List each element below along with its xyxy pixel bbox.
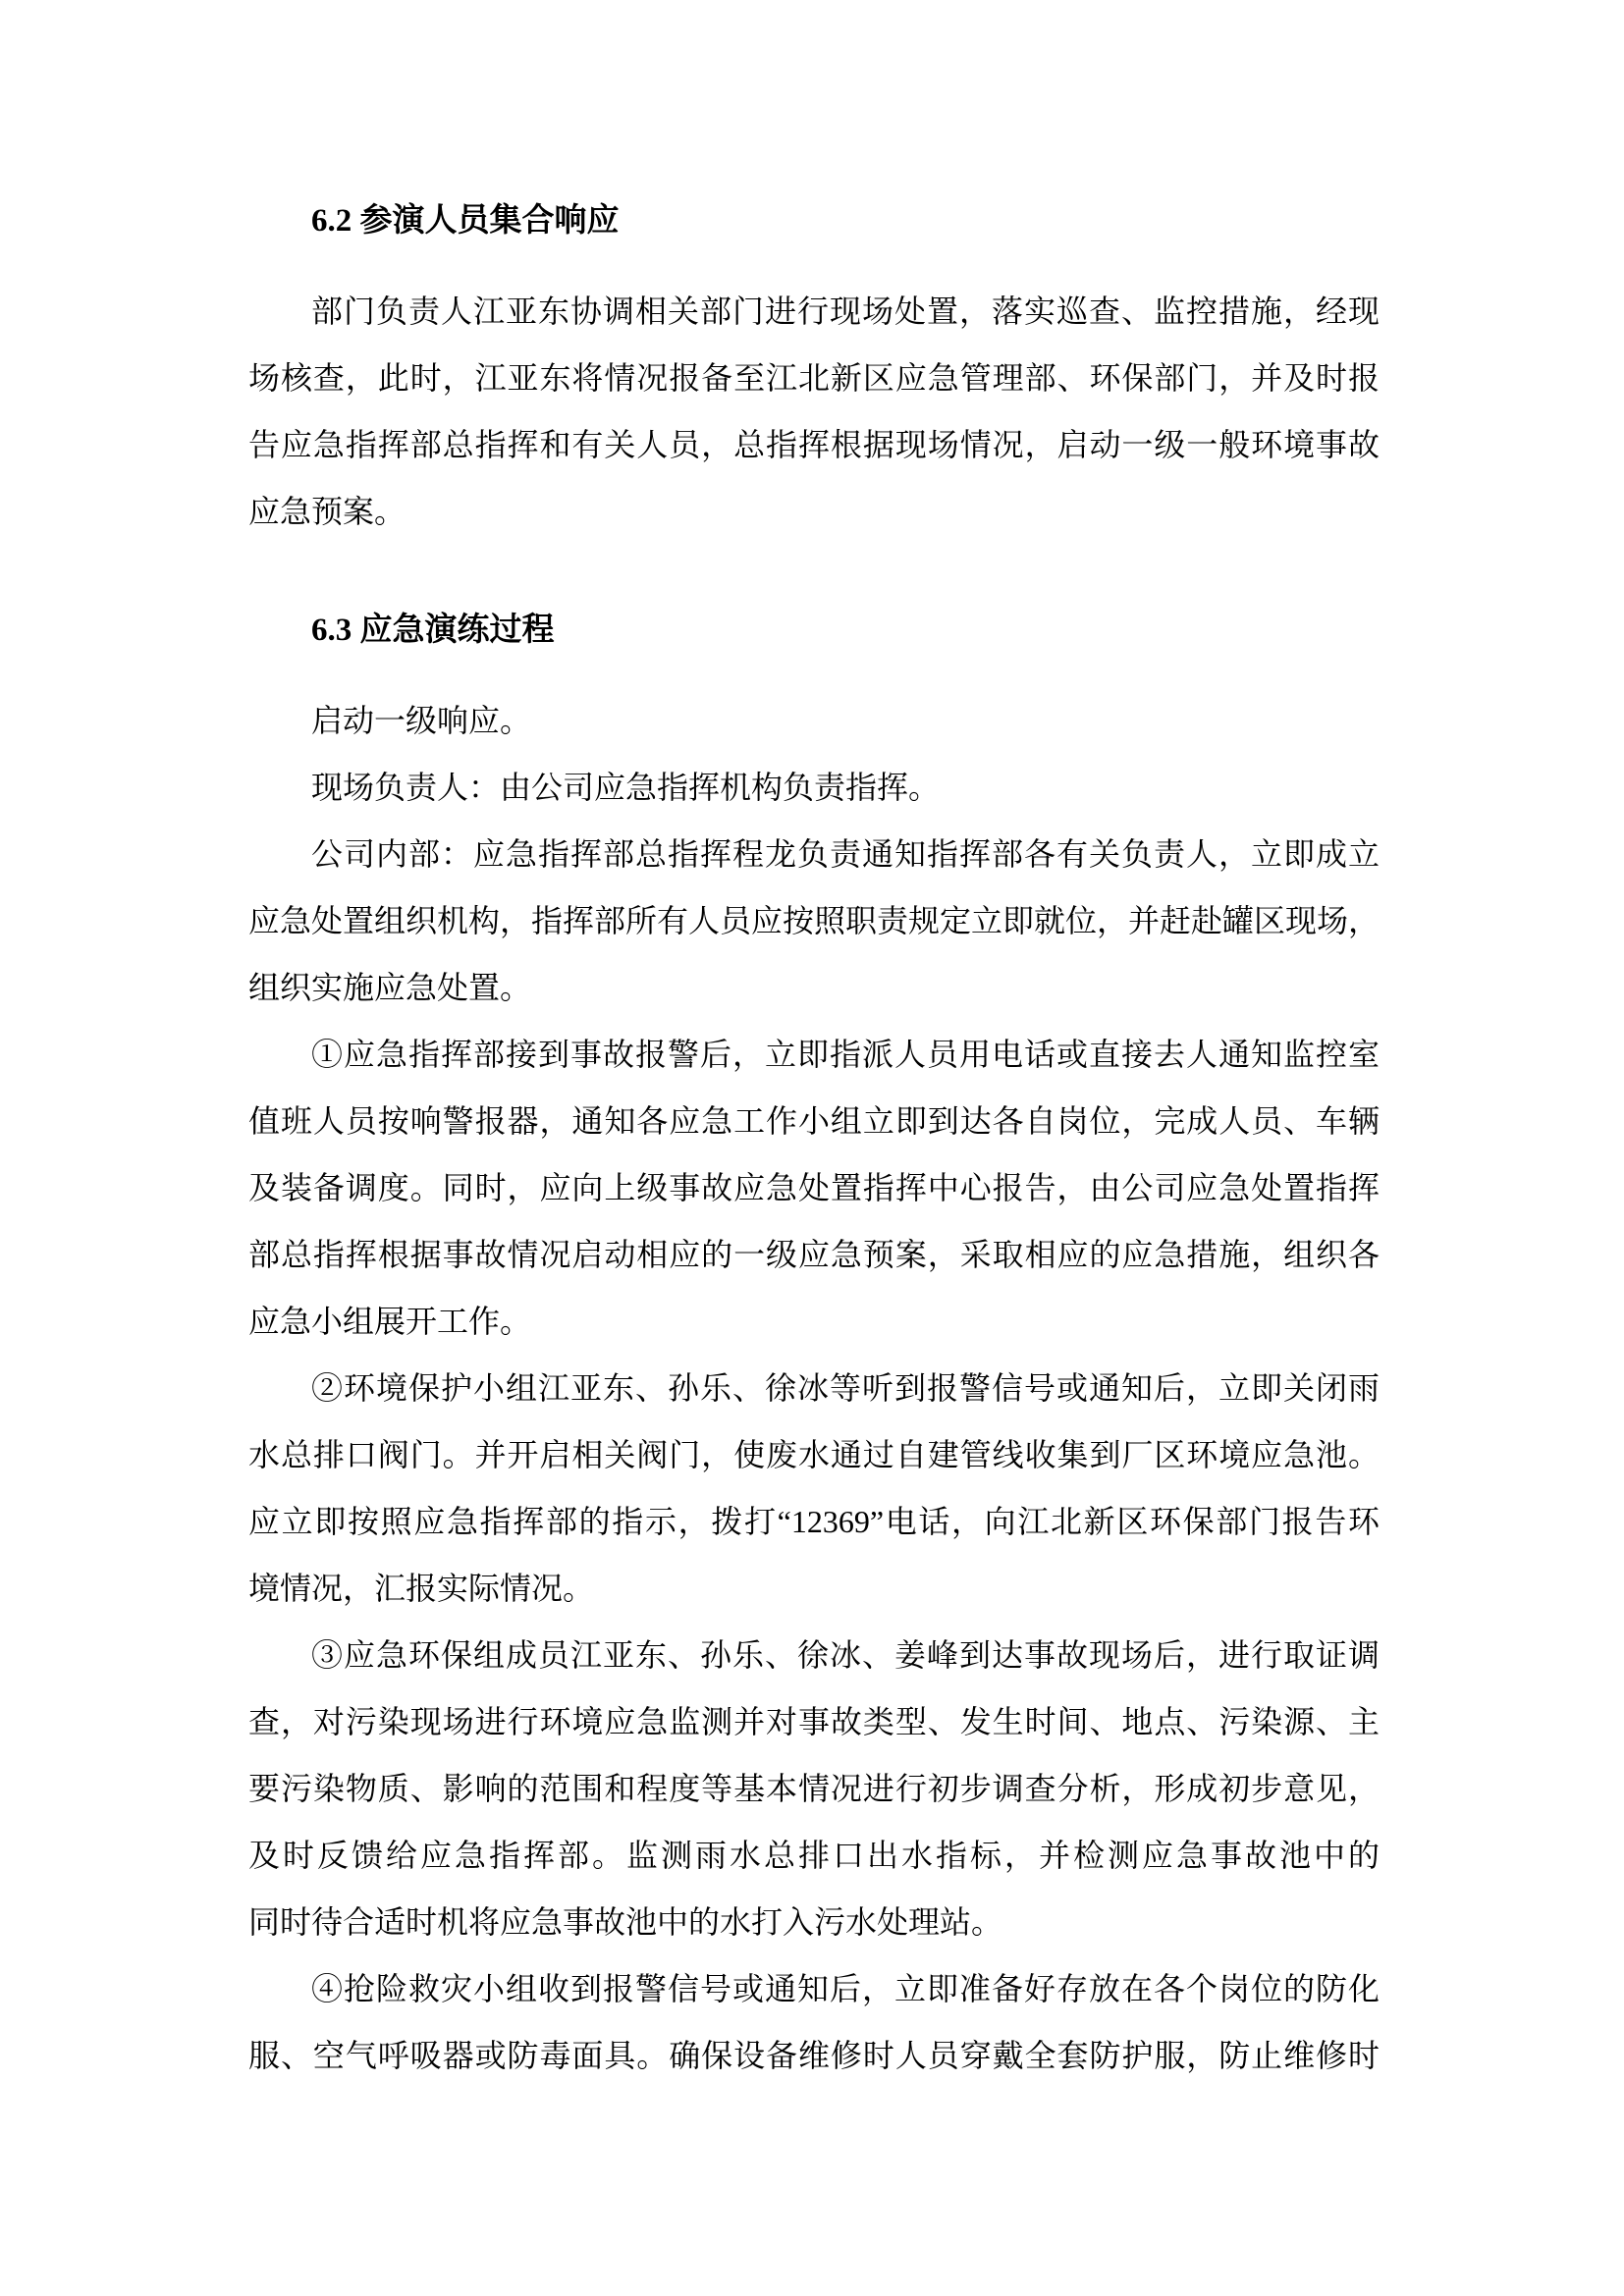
section-heading-6-3: 6.3 应急演练过程 [248, 597, 1380, 664]
text-line: 公司内部：应急指挥部总指挥程龙负责通知指挥部各有关负责人，立即成立 [248, 821, 1380, 887]
text-line: ④抢险救灾小组收到报警信号或通知后，立即准备好存放在各个岗位的防化 [248, 1955, 1380, 2022]
text-line: 及装备调度。同时，应向上级事故应急处置指挥中心报告，由公司应急处置指挥 [248, 1154, 1380, 1221]
text-line: 组织实施应急处置。 [248, 954, 1380, 1021]
text-line: ②环境保护小组江亚东、孙乐、徐冰等听到报警信号或通知后，立即关闭雨 [248, 1355, 1380, 1421]
text-line: ③应急环保组成员江亚东、孙乐、徐冰、姜峰到达事故现场后，进行取证调 [248, 1622, 1380, 1688]
text-line: 要污染物质、影响的范围和程度等基本情况进行初步调查分析，形成初步意见， [248, 1755, 1380, 1822]
text-line: 同时待合适时机将应急事故池中的水打入污水处理站。 [248, 1889, 1380, 1955]
text-line: 值班人员按响警报器，通知各应急工作小组立即到达各自岗位，完成人员、车辆 [248, 1088, 1380, 1154]
text-line: 水总排口阀门。并开启相关阀门，使废水通过自建管线收集到厂区环境应急池。 [248, 1421, 1380, 1488]
section-heading-6-2: 6.2 参演人员集合响应 [248, 187, 1380, 254]
section-6-3: 6.3 应急演练过程 启动一级响应。 现场负责人：由公司应急指挥机构负责指挥。 … [248, 597, 1380, 2089]
text-line: 及时反馈给应急指挥部。监测雨水总排口出水指标，并检测应急事故池中的 COD， [248, 1822, 1380, 1889]
text-line: 现场负责人：由公司应急指挥机构负责指挥。 [248, 754, 1380, 821]
paragraph: 启动一级响应。 现场负责人：由公司应急指挥机构负责指挥。 公司内部：应急指挥部总… [248, 687, 1380, 2089]
text-line: 部总指挥根据事故情况启动相应的一级应急预案，采取相应的应急措施，组织各 [248, 1221, 1380, 1288]
paragraph: 部门负责人江亚东协调相关部门进行现场处置，落实巡查、监控措施，经现 场核查，此时… [248, 278, 1380, 545]
text-line: 告应急指挥部总指挥和有关人员，总指挥根据现场情况，启动一级一般环境事故 [248, 411, 1380, 478]
text-line: 应急处置组织机构，指挥部所有人员应按照职责规定立即就位，并赶赴罐区现场， [248, 887, 1380, 954]
text-line: 部门负责人江亚东协调相关部门进行现场处置，落实巡查、监控措施，经现 [248, 278, 1380, 345]
text-line: ①应急指挥部接到事故报警后，立即指派人员用电话或直接去人通知监控室 [248, 1021, 1380, 1088]
document-page: 6.2 参演人员集合响应 部门负责人江亚东协调相关部门进行现场处置，落实巡查、监… [0, 0, 1624, 2296]
text-line: 服、空气呼吸器或防毒面具。确保设备维修时人员穿戴全套防护服，防止维修时 [248, 2022, 1380, 2089]
text-line: 应急小组展开工作。 [248, 1288, 1380, 1355]
text-line: 启动一级响应。 [248, 687, 1380, 754]
text-line: 场核查，此时，江亚东将情况报备至江北新区应急管理部、环保部门，并及时报 [248, 345, 1380, 411]
section-6-2: 6.2 参演人员集合响应 部门负责人江亚东协调相关部门进行现场处置，落实巡查、监… [248, 187, 1380, 545]
text-line: 境情况，汇报实际情况。 [248, 1555, 1380, 1622]
text-line: 应立即按照应急指挥部的指示，拨打“12369”电话，向江北新区环保部门报告环 [248, 1488, 1380, 1555]
text-line: 应急预案。 [248, 478, 1380, 545]
text-line: 查，对污染现场进行环境应急监测并对事故类型、发生时间、地点、污染源、主 [248, 1688, 1380, 1755]
